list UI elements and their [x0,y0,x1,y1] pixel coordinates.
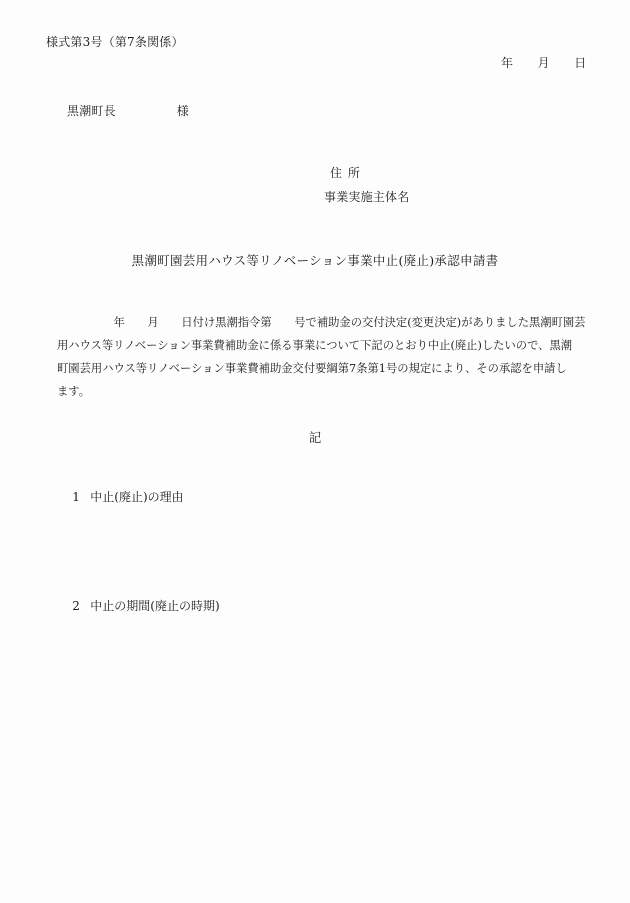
body-line: 町園芸用ハウス等リノベーション事業費補助金交付要綱第7条第1号の規定により、その… [57,357,577,380]
date-line: 年 月 日 [501,55,586,71]
body-line: 用ハウス等リノベーション事業費補助金に係る事業について下記のとおり中止(廃止)し… [57,334,577,357]
reason-blank-area [57,497,573,577]
body-line: ます。 [57,380,577,403]
document-title: 黒潮町園芸用ハウス等リノベーション事業中止(廃止)承認申請書 [0,251,630,269]
applicant-name-label: 事業実施主体名 [324,189,409,205]
address-label: 住 所 [330,165,361,181]
form-number: 様式第3号（第7条関係） [46,34,184,50]
addressee-line: 黒潮町長 様 [67,103,189,119]
period-blank-area [57,606,573,686]
body-paragraph: 年 月 日付け黒潮指令第 号で補助金の交付決定(変更決定)がありました黒潮町園芸… [57,311,577,403]
body-line: 年 月 日付け黒潮指令第 号で補助金の交付決定(変更決定)がありました黒潮町園芸 [57,311,577,334]
application-form-page: 様式第3号（第7条関係） 年 月 日 黒潮町長 様 住 所 事業実施主体名 黒潮… [0,0,630,903]
record-marker: 記 [0,428,630,446]
